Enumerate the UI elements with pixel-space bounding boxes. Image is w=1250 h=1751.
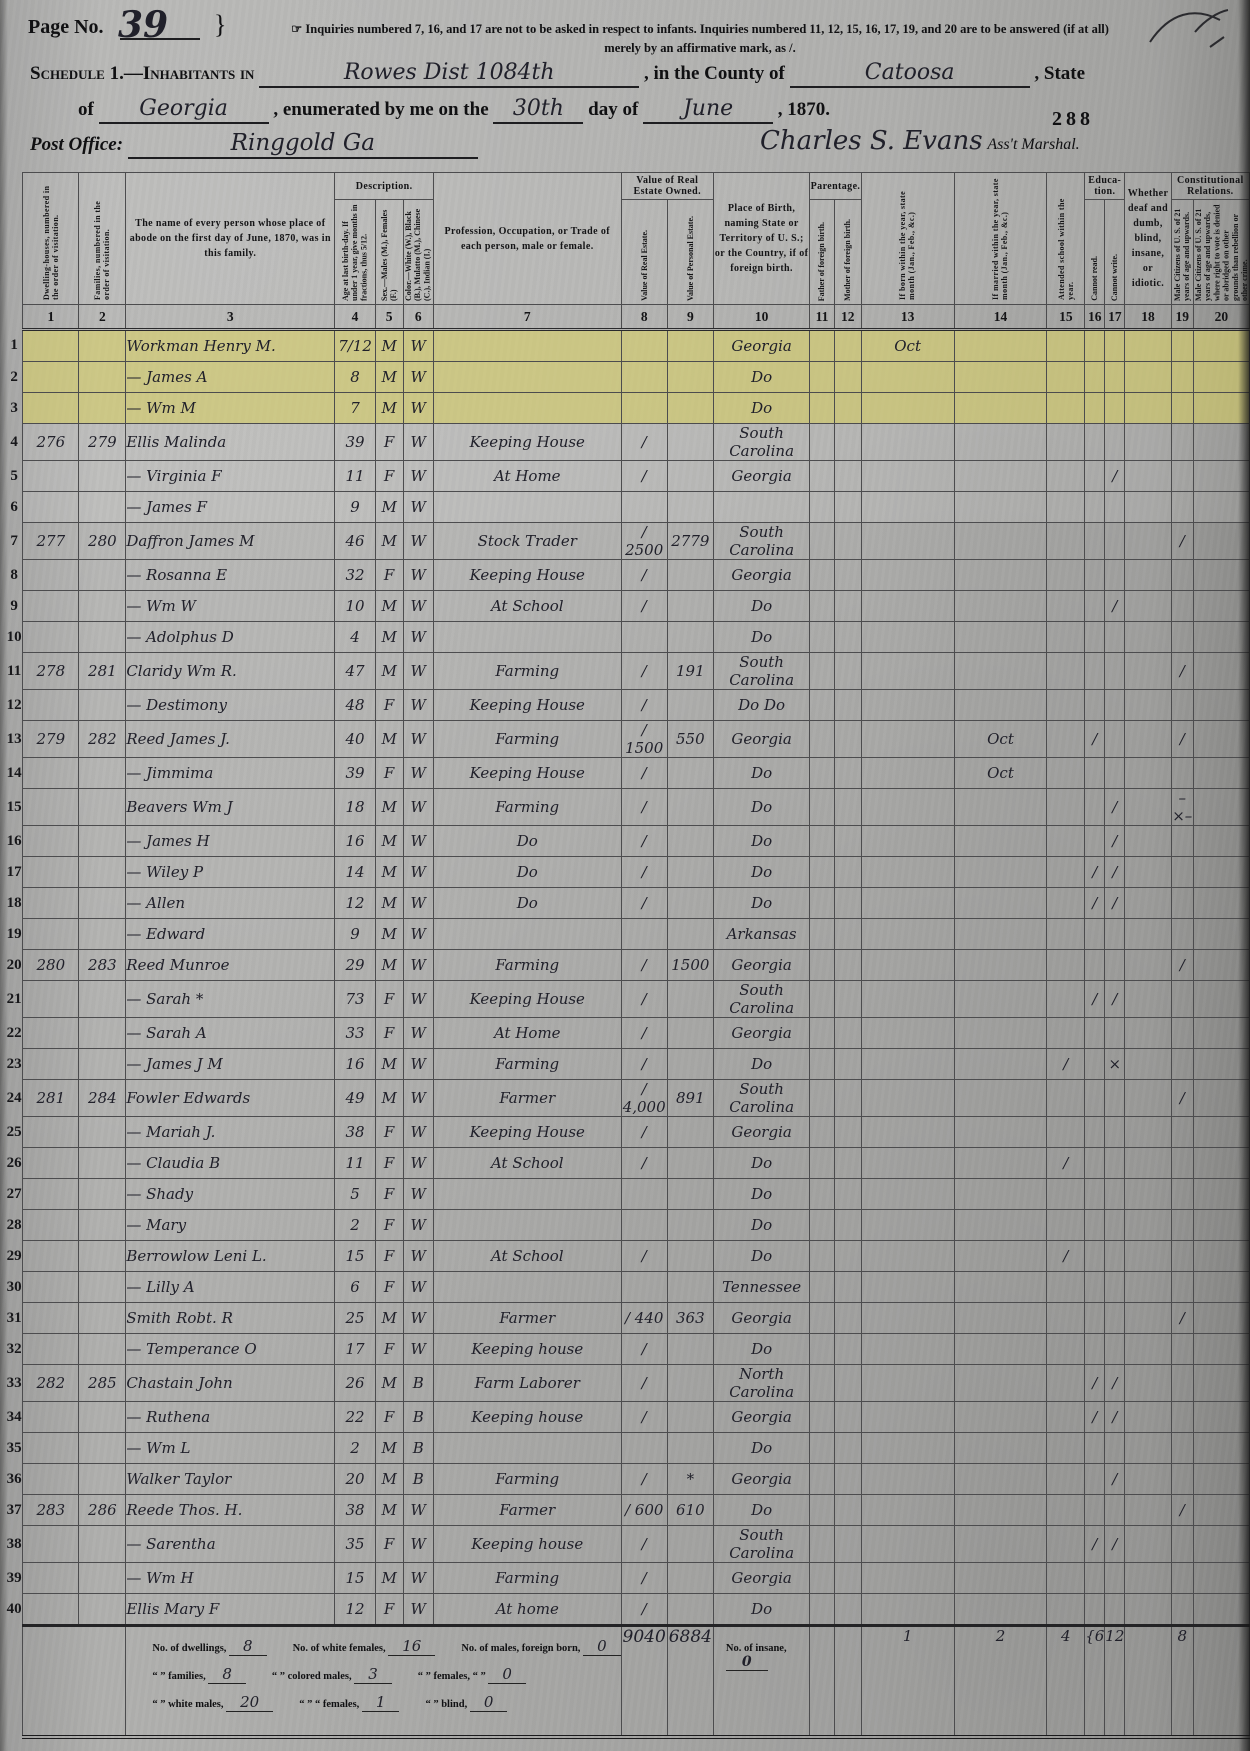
cell-real-estate-value: / xyxy=(621,1334,667,1365)
cell-born-month xyxy=(861,424,954,461)
cell-male-citizen: / xyxy=(1171,653,1193,690)
cell-occupation: Keeping House xyxy=(433,424,621,461)
cell-married-month xyxy=(954,1210,1047,1241)
cell-deaf-dumb xyxy=(1125,1179,1171,1210)
column-number-14: 14 xyxy=(954,305,1047,330)
cell-person-name: — James J M xyxy=(126,1049,335,1080)
cell-personal-estate-value xyxy=(667,492,713,523)
cell-family-no xyxy=(79,826,126,857)
column-number-2: 2 xyxy=(79,305,126,330)
group-education: Educa-tion. xyxy=(1085,173,1125,200)
cell-male-citizen xyxy=(1171,690,1193,721)
cell-personal-estate-value xyxy=(667,1241,713,1272)
table-row: 1Workman Henry M.7/12MWGeorgiaOct xyxy=(6,330,1250,362)
cell-father-foreign xyxy=(810,826,834,857)
cell-person-name: — Wm M xyxy=(126,393,335,424)
cell-person-name: — Mary xyxy=(126,1210,335,1241)
cell-deaf-dumb xyxy=(1125,492,1171,523)
cell-sex: F xyxy=(375,1334,403,1365)
cell-family-no xyxy=(79,1210,126,1241)
cell-sex: F xyxy=(375,1148,403,1179)
row-number: 36 xyxy=(6,1464,23,1495)
cell-cannot-read: / xyxy=(1085,1402,1105,1433)
cell-dwelling-no xyxy=(23,1272,79,1303)
cell-born-month xyxy=(861,1210,954,1241)
cell-real-estate-value: / xyxy=(621,789,667,826)
cell-male-citizen xyxy=(1171,1433,1193,1464)
cell-dwelling-no xyxy=(23,1433,79,1464)
cell-born-month xyxy=(861,826,954,857)
cell-birthplace: Do xyxy=(713,1179,809,1210)
cell-attended-school xyxy=(1047,1402,1085,1433)
cell-cannot-read: / xyxy=(1085,721,1105,758)
footer-citizen-count: 8 xyxy=(1171,1626,1193,1738)
cell-cannot-write xyxy=(1105,622,1125,653)
cell-birthplace: Georgia xyxy=(713,1303,809,1334)
table-row: 23— James J M16MWFarming/Do/× xyxy=(6,1049,1250,1080)
cell-born-month xyxy=(861,393,954,424)
cell-cannot-write xyxy=(1105,492,1125,523)
cell-occupation xyxy=(433,362,621,393)
cell-attended-school xyxy=(1047,1179,1085,1210)
footer-count-label: “ ” white males, xyxy=(152,1699,226,1710)
cell-father-foreign xyxy=(810,461,834,492)
cell-occupation: Keeping house xyxy=(433,1402,621,1433)
cell-sex: M xyxy=(375,492,403,523)
cell-citizen-denied xyxy=(1193,1563,1249,1594)
cell-personal-estate-value xyxy=(667,981,713,1018)
cell-cannot-write: / xyxy=(1105,1464,1125,1495)
cell-person-name: Fowler Edwards xyxy=(126,1080,335,1117)
cell-mother-foreign xyxy=(834,758,861,789)
cell-father-foreign xyxy=(810,1433,834,1464)
footer-count-pair: “ ” “ females, 1 xyxy=(299,1693,399,1712)
cell-father-foreign xyxy=(810,591,834,622)
cell-citizen-denied xyxy=(1193,919,1249,950)
table-row: 4276279Ellis Malinda39FWKeeping House/So… xyxy=(6,424,1250,461)
cell-father-foreign xyxy=(810,1402,834,1433)
cell-birthplace: Do xyxy=(713,857,809,888)
cell-deaf-dumb xyxy=(1125,1210,1171,1241)
cell-occupation: Farming xyxy=(433,1464,621,1495)
cell-color: B xyxy=(403,1402,433,1433)
page-no-label: Page No. xyxy=(28,16,104,39)
cell-dwelling-no xyxy=(23,789,79,826)
table-row: 12— Destimony48FWKeeping House/Do Do xyxy=(6,690,1250,721)
row-number: 38 xyxy=(6,1526,23,1563)
cell-occupation: Farmer xyxy=(433,1080,621,1117)
cell-birthplace: Do xyxy=(713,1433,809,1464)
cell-cannot-write xyxy=(1105,1117,1125,1148)
cell-cannot-write xyxy=(1105,393,1125,424)
cell-real-estate-value: / xyxy=(621,1241,667,1272)
table-row: 39— Wm H15MWFarming/Georgia xyxy=(6,1563,1250,1594)
cell-deaf-dumb xyxy=(1125,591,1171,622)
cell-real-estate-value xyxy=(621,492,667,523)
cell-dwelling-no xyxy=(23,560,79,591)
cell-cannot-write: / xyxy=(1105,461,1125,492)
row-number: 6 xyxy=(6,492,23,523)
cell-father-foreign xyxy=(810,1303,834,1334)
cell-real-estate-value xyxy=(621,1433,667,1464)
cell-real-estate-value: / 2500 xyxy=(621,523,667,560)
cell-dwelling-no xyxy=(23,1563,79,1594)
cell-occupation: At School xyxy=(433,591,621,622)
cell-born-month xyxy=(861,1080,954,1117)
cell-family-no xyxy=(79,492,126,523)
cell-married-month xyxy=(954,690,1047,721)
cell-male-citizen xyxy=(1171,560,1193,591)
cell-deaf-dumb xyxy=(1125,330,1171,362)
cell-dwelling-no xyxy=(23,1303,79,1334)
footer-count-value: 1 xyxy=(362,1693,400,1712)
cell-family-no xyxy=(79,1334,126,1365)
cell-occupation xyxy=(433,919,621,950)
table-row: 11278281Claridy Wm R.47MWFarming/191Sout… xyxy=(6,653,1250,690)
cell-family-no: 280 xyxy=(79,523,126,560)
cell-family-no: 284 xyxy=(79,1080,126,1117)
cell-cannot-read xyxy=(1085,622,1105,653)
cell-father-foreign xyxy=(810,492,834,523)
column-number-4: 4 xyxy=(335,305,376,330)
cell-mother-foreign xyxy=(834,591,861,622)
cell-family-no xyxy=(79,1303,126,1334)
cell-age: 7/12 xyxy=(335,330,376,362)
cell-married-month xyxy=(954,1495,1047,1526)
cell-family-no xyxy=(79,622,126,653)
cell-citizen-denied xyxy=(1193,1594,1249,1626)
column-number-11: 11 xyxy=(810,305,834,330)
cell-sex: F xyxy=(375,1272,403,1303)
cell-dwelling-no xyxy=(23,1049,79,1080)
cell-mother-foreign xyxy=(834,950,861,981)
cell-age: 22 xyxy=(335,1402,376,1433)
cell-real-estate-value: / xyxy=(621,1464,667,1495)
cell-family-no xyxy=(79,362,126,393)
cell-married-month xyxy=(954,1018,1047,1049)
cell-person-name: — Shady xyxy=(126,1179,335,1210)
cell-male-citizen xyxy=(1171,919,1193,950)
cell-attended-school xyxy=(1047,950,1085,981)
table-row: 7277280Daffron James M46MWStock Trader/ … xyxy=(6,523,1250,560)
enumerated-label: , enumerated by me on the xyxy=(273,99,488,120)
cell-birthplace: Do xyxy=(713,789,809,826)
cell-mother-foreign xyxy=(834,857,861,888)
cell-person-name: — Allen xyxy=(126,888,335,919)
cell-age: 29 xyxy=(335,950,376,981)
cell-occupation: Farming xyxy=(433,789,621,826)
cell-occupation xyxy=(433,393,621,424)
cell-sex: M xyxy=(375,1464,403,1495)
cell-age: 7 xyxy=(335,393,376,424)
cell-male-citizen xyxy=(1171,1526,1193,1563)
cell-birthplace: South Carolina xyxy=(713,981,809,1018)
cell-cannot-write xyxy=(1105,721,1125,758)
row-number: 12 xyxy=(6,690,23,721)
cell-attended-school xyxy=(1047,1594,1085,1626)
cell-sex: M xyxy=(375,330,403,362)
day-of-label: day of xyxy=(588,99,638,120)
cell-cannot-write: × xyxy=(1105,1049,1125,1080)
row-number: 39 xyxy=(6,1563,23,1594)
cell-male-citizen xyxy=(1171,857,1193,888)
cell-color: W xyxy=(403,919,433,950)
cell-dwelling-no xyxy=(23,1594,79,1626)
cell-family-no: 279 xyxy=(79,424,126,461)
cell-color: W xyxy=(403,622,433,653)
table-row: 14— Jimmima39FWKeeping House/DoOct xyxy=(6,758,1250,789)
cell-cannot-write: / xyxy=(1105,888,1125,919)
cell-cannot-read xyxy=(1085,1148,1105,1179)
cell-born-month xyxy=(861,857,954,888)
cell-citizen-denied xyxy=(1193,888,1249,919)
cell-mother-foreign xyxy=(834,1080,861,1117)
cell-deaf-dumb xyxy=(1125,888,1171,919)
cell-dwelling-no xyxy=(23,888,79,919)
cell-family-no xyxy=(79,1402,126,1433)
cell-attended-school xyxy=(1047,560,1085,591)
cell-sex: M xyxy=(375,393,403,424)
table-row: 25— Mariah J.38FWKeeping House/Georgia xyxy=(6,1117,1250,1148)
cell-person-name: — James H xyxy=(126,826,335,857)
cell-mother-foreign xyxy=(834,1148,861,1179)
cell-mother-foreign xyxy=(834,789,861,826)
cell-personal-estate-value xyxy=(667,789,713,826)
cell-cannot-read xyxy=(1085,1272,1105,1303)
cell-deaf-dumb xyxy=(1125,1018,1171,1049)
cell-cannot-read xyxy=(1085,424,1105,461)
cell-born-month xyxy=(861,560,954,591)
cell-real-estate-value: / xyxy=(621,758,667,789)
cell-person-name: — Sarah * xyxy=(126,981,335,1018)
cell-deaf-dumb xyxy=(1125,789,1171,826)
cell-citizen-denied xyxy=(1193,1402,1249,1433)
cell-deaf-dumb xyxy=(1125,1148,1171,1179)
cell-personal-estate-value xyxy=(667,1402,713,1433)
group-description: Description. xyxy=(335,173,434,200)
cell-cannot-read xyxy=(1085,789,1105,826)
row-number: 13 xyxy=(6,721,23,758)
cell-cannot-read xyxy=(1085,1241,1105,1272)
marshal-signature: Charles S. Evans xyxy=(760,126,983,156)
cell-married-month: Oct xyxy=(954,721,1047,758)
table-row: 10— Adolphus D4MWDo xyxy=(6,622,1250,653)
cell-citizen-denied xyxy=(1193,1241,1249,1272)
cell-deaf-dumb xyxy=(1125,721,1171,758)
cell-sex: M xyxy=(375,826,403,857)
cell-male-citizen xyxy=(1171,330,1193,362)
cell-real-estate-value xyxy=(621,622,667,653)
cell-birthplace: Do xyxy=(713,1210,809,1241)
cell-father-foreign xyxy=(810,721,834,758)
cell-married-month xyxy=(954,1148,1047,1179)
cell-age: 9 xyxy=(335,919,376,950)
cell-age: 12 xyxy=(335,888,376,919)
cell-born-month xyxy=(861,1148,954,1179)
cell-father-foreign xyxy=(810,919,834,950)
cell-age: 16 xyxy=(335,1049,376,1080)
header-married-month: If married within the year, state month … xyxy=(954,173,1047,305)
cell-cannot-write xyxy=(1105,1433,1125,1464)
cell-real-estate-value: / xyxy=(621,1563,667,1594)
column-number-9: 9 xyxy=(667,305,713,330)
table-row: 17— Wiley P14MWDo/Do// xyxy=(6,857,1250,888)
cell-age: 11 xyxy=(335,1148,376,1179)
header-male-citizen: Male Citizens of U. S. of 21 years of ag… xyxy=(1171,200,1193,305)
cell-deaf-dumb xyxy=(1125,826,1171,857)
cell-person-name: Reed James J. xyxy=(126,721,335,758)
cell-real-estate-value: / xyxy=(621,888,667,919)
cell-cannot-write xyxy=(1105,1210,1125,1241)
cell-deaf-dumb xyxy=(1125,393,1171,424)
cell-father-foreign xyxy=(810,690,834,721)
cell-dwelling-no: 282 xyxy=(23,1365,79,1402)
row-number: 17 xyxy=(6,857,23,888)
cell-cannot-write xyxy=(1105,523,1125,560)
table-row: 8— Rosanna E32FWKeeping House/Georgia xyxy=(6,560,1250,591)
cell-real-estate-value xyxy=(621,330,667,362)
cell-age: 18 xyxy=(335,789,376,826)
header-cannot-read: Cannot read. xyxy=(1085,200,1105,305)
cell-sex: M xyxy=(375,888,403,919)
cell-male-citizen: / xyxy=(1171,721,1193,758)
cell-person-name: Berrowlow Leni L. xyxy=(126,1241,335,1272)
cell-father-foreign xyxy=(810,1241,834,1272)
cell-color: W xyxy=(403,1303,433,1334)
cell-sex: M xyxy=(375,1563,403,1594)
header-mother-foreign: Mother of foreign birth. xyxy=(834,200,861,305)
cell-male-citizen xyxy=(1171,1117,1193,1148)
cell-occupation: Farming xyxy=(433,950,621,981)
table-row: 16— James H16MWDo/Do/ xyxy=(6,826,1250,857)
cell-sex: M xyxy=(375,1495,403,1526)
cell-birthplace: Arkansas xyxy=(713,919,809,950)
cell-deaf-dumb xyxy=(1125,1433,1171,1464)
footer-count-pair: “ ” blind, 0 xyxy=(425,1693,507,1712)
cell-real-estate-value xyxy=(621,393,667,424)
year-label: , 1870. xyxy=(778,99,830,120)
table-row: 26— Claudia B11FWAt School/Do/ xyxy=(6,1148,1250,1179)
cell-father-foreign xyxy=(810,1526,834,1563)
cell-attended-school xyxy=(1047,1365,1085,1402)
footer-insane: No. of insane, 0 xyxy=(713,1626,809,1738)
cell-cannot-read xyxy=(1085,330,1105,362)
table-row: 36Walker Taylor20MBFarming/*Georgia/ xyxy=(6,1464,1250,1495)
cell-dwelling-no xyxy=(23,330,79,362)
cell-age: 15 xyxy=(335,1563,376,1594)
row-number: 24 xyxy=(6,1080,23,1117)
cell-citizen-denied xyxy=(1193,653,1249,690)
cell-person-name: — Temperance O xyxy=(126,1334,335,1365)
cell-cannot-read: / xyxy=(1085,1365,1105,1402)
cell-born-month xyxy=(861,888,954,919)
cell-born-month xyxy=(861,523,954,560)
cell-deaf-dumb xyxy=(1125,362,1171,393)
cell-occupation: Farmer xyxy=(433,1303,621,1334)
cell-birthplace: Do xyxy=(713,622,809,653)
cell-birthplace: Georgia xyxy=(713,461,809,492)
cell-mother-foreign xyxy=(834,1303,861,1334)
group-parentage: Parentage. xyxy=(810,173,861,200)
cell-family-no: 283 xyxy=(79,950,126,981)
column-number-7: 7 xyxy=(433,305,621,330)
cell-color: W xyxy=(403,591,433,622)
cell-citizen-denied xyxy=(1193,981,1249,1018)
cell-male-citizen xyxy=(1171,461,1193,492)
cell-married-month xyxy=(954,1433,1047,1464)
cell-deaf-dumb xyxy=(1125,1303,1171,1334)
cell-cannot-read: / xyxy=(1085,981,1105,1018)
cell-sex: M xyxy=(375,789,403,826)
cell-occupation xyxy=(433,1272,621,1303)
cell-occupation: Do xyxy=(433,826,621,857)
cell-age: 47 xyxy=(335,653,376,690)
cell-mother-foreign xyxy=(834,1402,861,1433)
cell-sex: F xyxy=(375,690,403,721)
row-number: 18 xyxy=(6,888,23,919)
cell-family-no xyxy=(79,393,126,424)
cell-cannot-read: / xyxy=(1085,1526,1105,1563)
cell-father-foreign xyxy=(810,857,834,888)
cell-sex: F xyxy=(375,1594,403,1626)
cell-dwelling-no xyxy=(23,622,79,653)
header-name: The name of every person whose place of … xyxy=(126,173,335,305)
cell-birthplace: Do Do xyxy=(713,690,809,721)
cell-age: 8 xyxy=(335,362,376,393)
footer-count-value: 0 xyxy=(470,1693,508,1712)
cell-born-month xyxy=(861,1334,954,1365)
cell-mother-foreign xyxy=(834,560,861,591)
cell-real-estate-value: / xyxy=(621,857,667,888)
cell-attended-school xyxy=(1047,393,1085,424)
cell-born-month xyxy=(861,1563,954,1594)
cell-dwelling-no xyxy=(23,1334,79,1365)
cell-person-name: Claridy Wm R. xyxy=(126,653,335,690)
cell-color: W xyxy=(403,1241,433,1272)
cell-dwelling-no: 280 xyxy=(23,950,79,981)
cell-birthplace: Georgia xyxy=(713,1117,809,1148)
cell-family-no xyxy=(79,1464,126,1495)
footer-count-pair: No. of males, foreign born, 0 xyxy=(461,1637,620,1656)
cell-married-month: Oct xyxy=(954,758,1047,789)
row-number: 28 xyxy=(6,1210,23,1241)
cell-married-month xyxy=(954,622,1047,653)
header-personal-estate: Value of Personal Estate. xyxy=(667,200,713,305)
cell-deaf-dumb xyxy=(1125,461,1171,492)
cell-person-name: Walker Taylor xyxy=(126,1464,335,1495)
cell-married-month xyxy=(954,461,1047,492)
cell-cannot-read xyxy=(1085,591,1105,622)
cell-color: W xyxy=(403,981,433,1018)
cell-born-month xyxy=(861,1018,954,1049)
cell-color: B xyxy=(403,1433,433,1464)
cell-attended-school xyxy=(1047,1464,1085,1495)
footer-count-value: 8 xyxy=(229,1637,267,1656)
column-number-1: 1 xyxy=(23,305,79,330)
cell-real-estate-value: / xyxy=(621,653,667,690)
cell-male-citizen xyxy=(1171,591,1193,622)
cell-age: 48 xyxy=(335,690,376,721)
cell-attended-school: / xyxy=(1047,1148,1085,1179)
cell-dwelling-no: 276 xyxy=(23,424,79,461)
cell-male-citizen xyxy=(1171,826,1193,857)
cell-dwelling-no xyxy=(23,1210,79,1241)
cell-cannot-write: / xyxy=(1105,591,1125,622)
cell-dwelling-no xyxy=(23,758,79,789)
cell-dwelling-no xyxy=(23,919,79,950)
cell-male-citizen: / xyxy=(1171,523,1193,560)
cell-married-month xyxy=(954,653,1047,690)
